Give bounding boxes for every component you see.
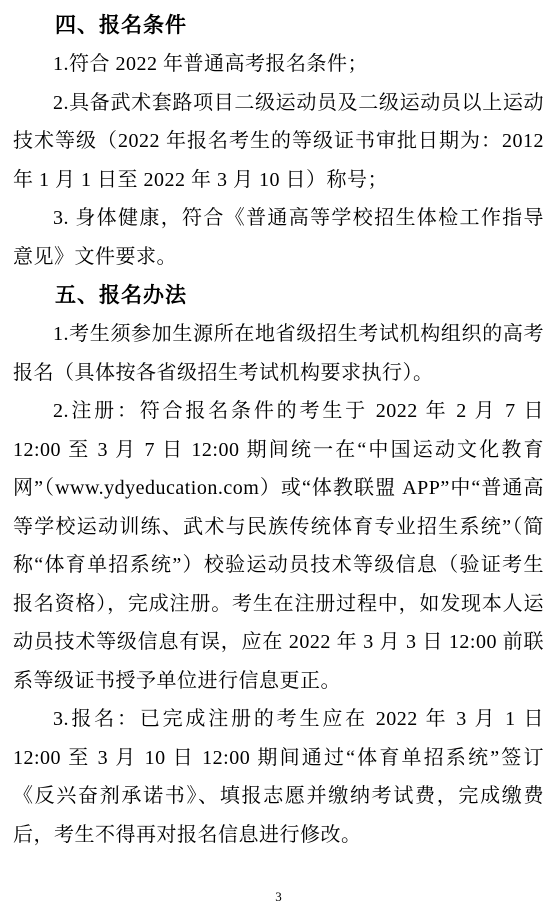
section-heading-method: 五、报名办法: [13, 276, 544, 315]
paragraph-method-2: 2.注册：符合报名条件的考生于 2022 年 2 月 7 日 12:00 至 3…: [13, 392, 544, 700]
paragraph-requirement-3: 3. 身体健康，符合《普通高等学校招生体检工作指导意见》文件要求。: [13, 199, 544, 276]
section-heading-requirements: 四、报名条件: [13, 6, 544, 45]
paragraph-requirement-1: 1.符合 2022 年普通高考报名条件；: [13, 45, 544, 84]
paragraph-method-1: 1.考生须参加生源所在地省级招生考试机构组织的高考报名（具体按各省级招生考试机构…: [13, 315, 544, 392]
page-number: 3: [0, 889, 557, 905]
section-registration-requirements: 四、报名条件 1.符合 2022 年普通高考报名条件； 2.具备武术套路项目二级…: [13, 6, 544, 276]
paragraph-requirement-2: 2.具备武术套路项目二级运动员及二级运动员以上运动技术等级（2022 年报名考生…: [13, 84, 544, 200]
section-registration-method: 五、报名办法 1.考生须参加生源所在地省级招生考试机构组织的高考报名（具体按各省…: [13, 276, 544, 854]
paragraph-method-3: 3.报名：已完成注册的考生应在 2022 年 3 月 1 日 12:00 至 3…: [13, 700, 544, 854]
document-page: 四、报名条件 1.符合 2022 年普通高考报名条件； 2.具备武术套路项目二级…: [0, 0, 557, 917]
